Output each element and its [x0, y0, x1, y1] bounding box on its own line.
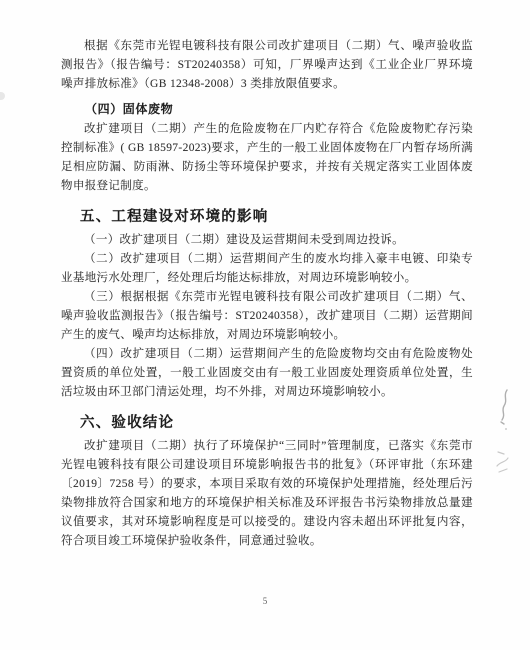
- heading-section-6-acceptance-conclusion: 六、验收结论: [61, 411, 473, 432]
- paragraph-impact-item-3: （三）根据根据《东莞市光锃电镀科技有限公司改扩建项目（二期）气、噪声验收监测报告…: [61, 288, 473, 345]
- scanned-document-page: 根据《东莞市光锃电镀科技有限公司改扩建项目（二期）气、噪声验收监测报告》（报告编…: [0, 0, 530, 650]
- page-number: 5: [0, 596, 530, 606]
- paragraph-noise-monitoring-conclusion: 根据《东莞市光锃电镀科技有限公司改扩建项目（二期）气、噪声验收监测报告》（报告编…: [61, 37, 473, 94]
- document-body: 根据《东莞市光锃电镀科技有限公司改扩建项目（二期）气、噪声验收监测报告》（报告编…: [61, 37, 473, 551]
- paragraph-impact-item-2: （二）改扩建项目（二期）运营期间产生的废水均排入豪丰电镀、印染专业基地污水处理厂…: [61, 250, 473, 288]
- ink-smudge-mark-2: [494, 448, 514, 476]
- scan-edge-smudge: [0, 92, 5, 100]
- subheading-solid-waste: （四）固体废物: [61, 100, 473, 117]
- heading-section-5-environmental-impact: 五、工程建设对环境的影响: [61, 205, 473, 226]
- ink-smudge-mark: [494, 388, 512, 432]
- paragraph-impact-item-4: （四）改扩建项目（二期）运营期间产生的危险废物均交由有危险废物处置资质的单位处置…: [61, 345, 473, 402]
- paragraph-impact-item-1: （一）改扩建项目（二期）建设及运营期间未受到周边投诉。: [61, 231, 473, 250]
- paragraph-acceptance-conclusion: 改扩建项目（二期）执行了环境保护“三同时”管理制度，已落实《东莞市光锃电镀科技有…: [61, 437, 473, 551]
- paragraph-solid-waste-management: 改扩建项目（二期）产生的危险废物在厂内贮存符合《危险废物贮存污染控制标准》( G…: [61, 120, 473, 196]
